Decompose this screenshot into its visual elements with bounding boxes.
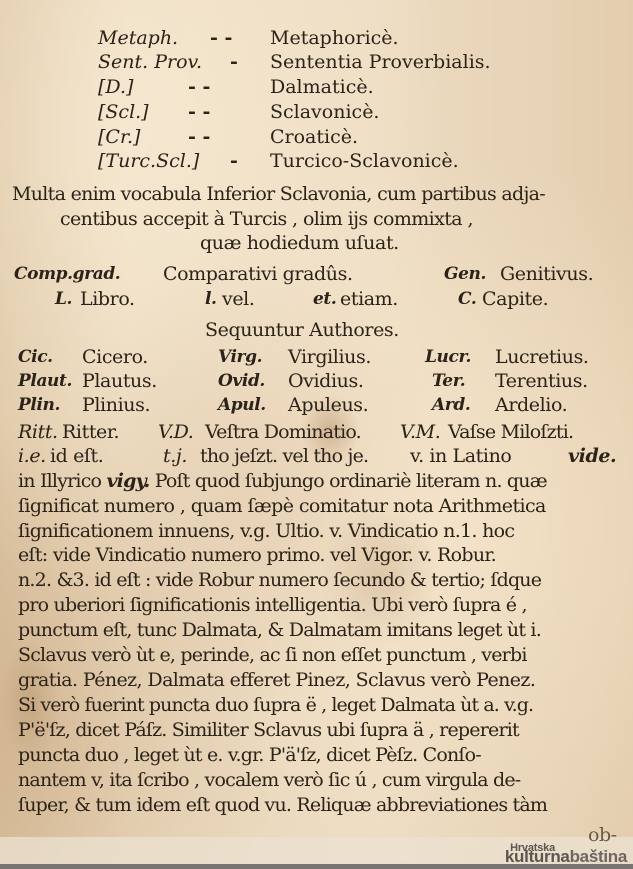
abbr-term: Sent. Prov. bbox=[98, 50, 202, 74]
abbr-dashes: - - bbox=[188, 100, 210, 124]
abbr-meaning: Vaſse Miloſzti. bbox=[448, 420, 573, 444]
abbr-meaning: Metaphoricè. bbox=[270, 26, 399, 50]
abbr-meaning: v. in Latino bbox=[410, 444, 511, 468]
author-abbr: Cic. bbox=[18, 345, 53, 369]
body-line: Si verò fuerint puncta duo ſupra ë , leg… bbox=[18, 693, 533, 717]
abbr-term: t.j. bbox=[163, 444, 187, 468]
author-name: Apuleus. bbox=[288, 393, 368, 417]
author-name: Ardelio. bbox=[495, 393, 567, 417]
author-name: Plinius. bbox=[82, 393, 150, 417]
body-line: gratia. Pénez, Dalmata efferet Pinez, Sc… bbox=[18, 668, 535, 692]
abbr-dashes: - - bbox=[188, 125, 210, 149]
abbr-meaning: Comparativi gradûs. bbox=[163, 262, 353, 286]
catchword: ob- bbox=[588, 823, 617, 847]
abbr-term: [Cr.] bbox=[98, 125, 140, 149]
body-line: in Illyrico vigy. Poſt quod ſubjungo ord… bbox=[18, 469, 547, 493]
body-line: punctum eſt, tunc Dalmata, & Dalmatam im… bbox=[18, 618, 541, 642]
author-abbr: Lucr. bbox=[425, 345, 471, 369]
abbr-dashes: - bbox=[230, 50, 238, 74]
body-line: Sclavus verò ùt e, perinde, ac ſi non eſ… bbox=[18, 643, 527, 667]
abbr-dashes: - - bbox=[210, 26, 232, 50]
abbr-term: V.M. bbox=[400, 420, 440, 444]
abbr-meaning: id eſt. bbox=[50, 444, 103, 468]
body-line: ſignificationem innuens, v.g. Ultio. v. … bbox=[18, 519, 514, 543]
author-abbr: Plin. bbox=[18, 393, 60, 417]
book-page: Metaph. - - Metaphoricè. Sent. Prov. - S… bbox=[0, 0, 633, 869]
author-name: Cicero. bbox=[82, 345, 148, 369]
author-name: Terentius. bbox=[495, 369, 588, 393]
body-line: eſt: vide Vindicatio numero primo. vel V… bbox=[18, 543, 496, 567]
latin-word: vigy. bbox=[106, 470, 149, 492]
abbr-meaning: Veſtra Dominatio. bbox=[205, 420, 361, 444]
abbr-term: Ritt. bbox=[18, 420, 58, 444]
abbr-term: C. bbox=[458, 287, 476, 311]
authors-heading: Sequuntur Authores. bbox=[205, 318, 399, 342]
text-run: in Illyrico bbox=[18, 470, 106, 492]
abbr-term: V.D. bbox=[158, 420, 193, 444]
abbr-meaning: vel. bbox=[222, 287, 255, 311]
author-name: Ovidius. bbox=[288, 369, 363, 393]
author-abbr: Apul. bbox=[218, 393, 266, 417]
abbr-dashes: - - bbox=[188, 75, 210, 99]
text-run: Poſt quod ſubjungo ordinariè literam n. … bbox=[149, 470, 546, 492]
author-name: Plautus. bbox=[82, 369, 157, 393]
abbr-term: [D.] bbox=[98, 75, 133, 99]
body-line: pro uberiori ſignificationis intelligent… bbox=[18, 593, 527, 617]
abbr-meaning: Turcico-Sclavonicè. bbox=[270, 149, 459, 173]
abbr-meaning: tho jeſzt. vel tho je. bbox=[200, 444, 368, 468]
abbr-term: [Scl.] bbox=[98, 100, 149, 124]
abbr-meaning: Libro. bbox=[80, 287, 135, 311]
author-abbr: Ard. bbox=[432, 393, 470, 417]
note-line: Multa enim vocabula Inferior Sclavonia, … bbox=[12, 182, 545, 206]
author-abbr: Ovid. bbox=[218, 369, 265, 393]
note-line: quæ hodiedum uſuat. bbox=[200, 231, 399, 255]
abbr-meaning: Dalmaticè. bbox=[270, 75, 374, 99]
abbr-meaning: etiam. bbox=[340, 287, 398, 311]
body-line: n.2. &3. id eſt : vide Robur numero ſecu… bbox=[18, 568, 541, 592]
abbr-meaning: Capite. bbox=[482, 287, 548, 311]
body-line: puncta duo , leget ùt e. v.gr. P'ä'ſz, d… bbox=[18, 743, 481, 767]
abbr-meaning: Sententia Proverbialis. bbox=[270, 50, 491, 74]
abbr-meaning: Sclavonicè. bbox=[270, 100, 379, 124]
abbr-term: et. bbox=[313, 287, 336, 311]
abbr-term: Metaph. bbox=[98, 26, 178, 50]
abbr-meaning: Genitivus. bbox=[500, 262, 593, 286]
abbr-meaning: Ritter. bbox=[62, 420, 119, 444]
bottom-edge bbox=[0, 864, 633, 869]
author-name: Virgilius. bbox=[288, 345, 371, 369]
abbr-meaning: Croaticè. bbox=[270, 125, 358, 149]
note-line: centibus accepit à Turcis , olim ijs com… bbox=[60, 207, 473, 231]
body-line: P'ë'ſz, dicet Páſz. Similiter Sclavus ub… bbox=[18, 718, 519, 742]
body-line: nantem v, ita ſcribo , vocalem verò ſic … bbox=[18, 768, 520, 792]
abbr-term: Gen. bbox=[444, 262, 486, 286]
abbr-term: [Turc.Scl.] bbox=[98, 149, 199, 173]
body-line: ſignificat numero , quam ſæpè comitatur … bbox=[18, 494, 546, 518]
abbr-dashes: - bbox=[230, 149, 238, 173]
abbr-term: Comp.grad. bbox=[14, 262, 120, 286]
author-abbr: Virg. bbox=[218, 345, 262, 369]
body-line: ſuper, & tum idem eſt quod vu. Reliquæ a… bbox=[18, 793, 547, 817]
author-abbr: Ter. bbox=[432, 369, 465, 393]
abbr-term: L. bbox=[55, 287, 72, 311]
abbr-term: i.e. bbox=[18, 444, 46, 468]
latin-word: vide. bbox=[568, 444, 616, 468]
author-abbr: Plaut. bbox=[18, 369, 72, 393]
abbr-term: l. bbox=[205, 287, 217, 311]
author-name: Lucretius. bbox=[495, 345, 589, 369]
